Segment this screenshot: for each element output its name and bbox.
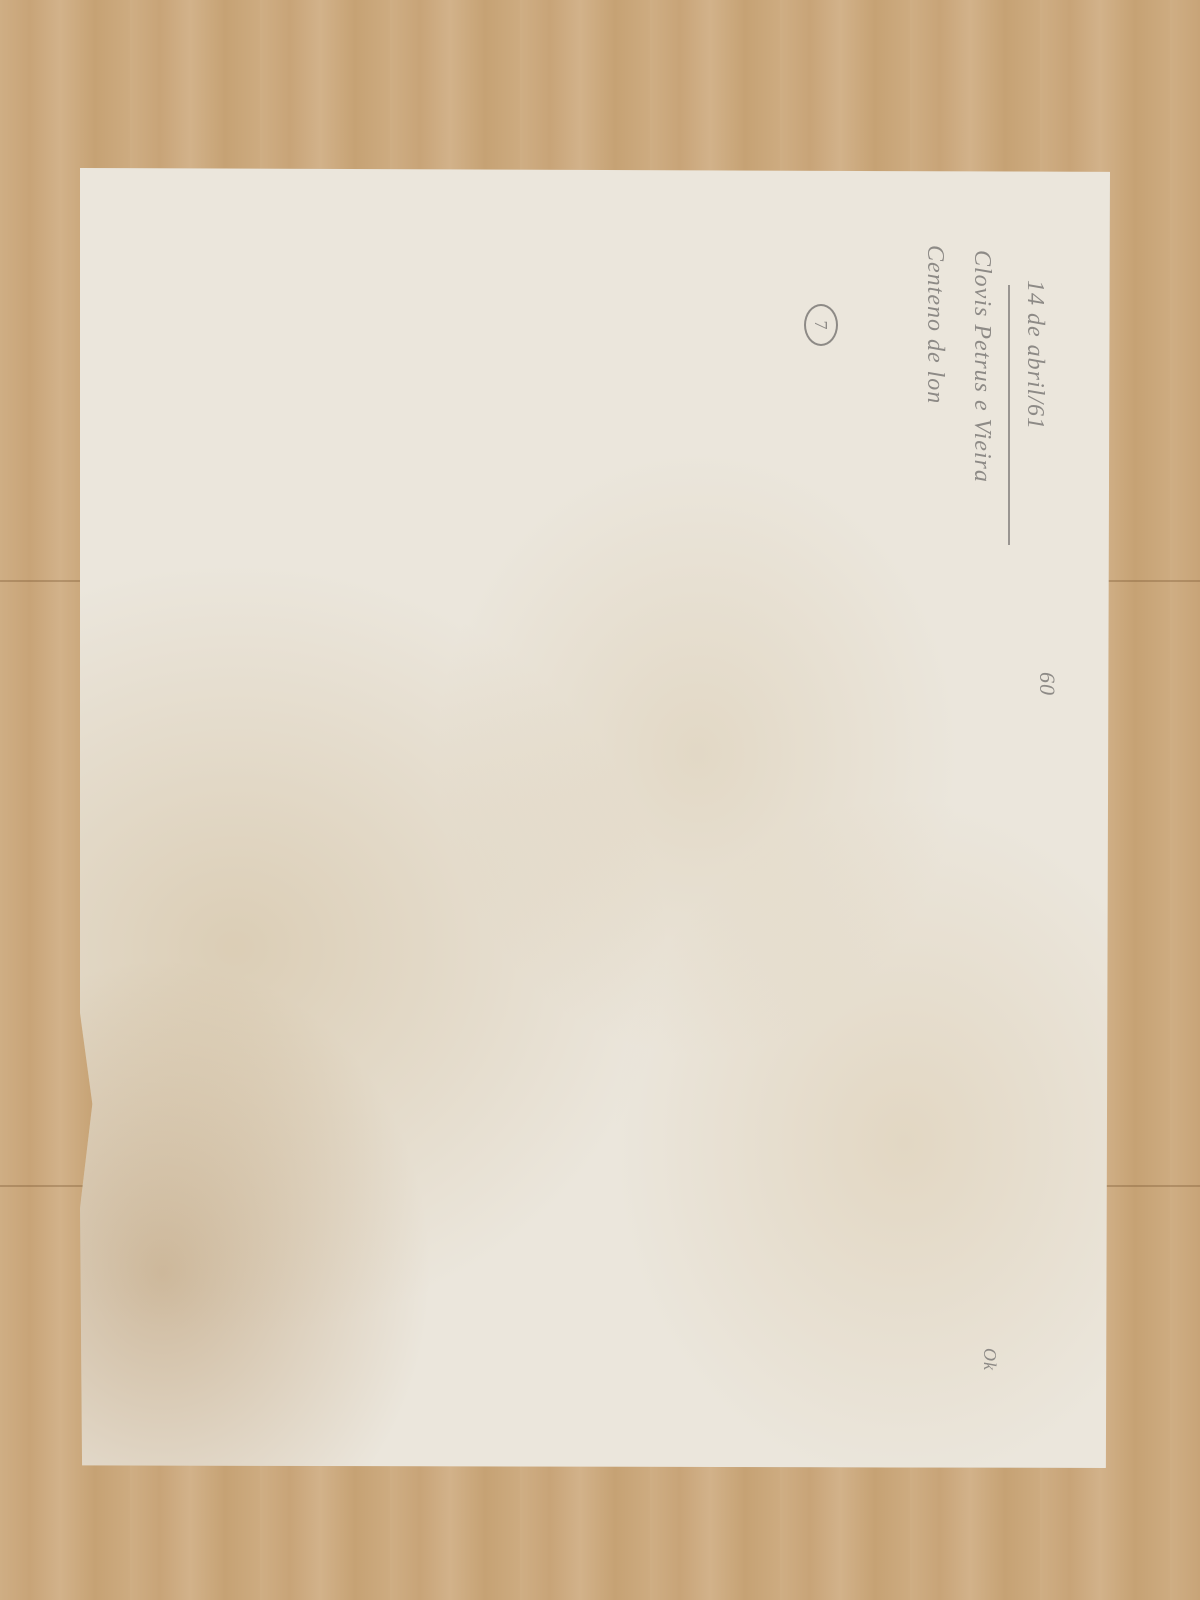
corner-note: Ok: [979, 1348, 1000, 1371]
name-annotation: Clovis Petrus e Vieira: [968, 250, 995, 483]
place-annotation: Centeno de lon: [921, 245, 948, 404]
date-annotation: 14 de abril/61: [1021, 280, 1048, 430]
underline-rule: [1008, 285, 1010, 545]
paper-sheet: [80, 168, 1110, 1468]
side-number: 60: [1034, 672, 1060, 696]
circled-number: 7: [804, 304, 838, 346]
